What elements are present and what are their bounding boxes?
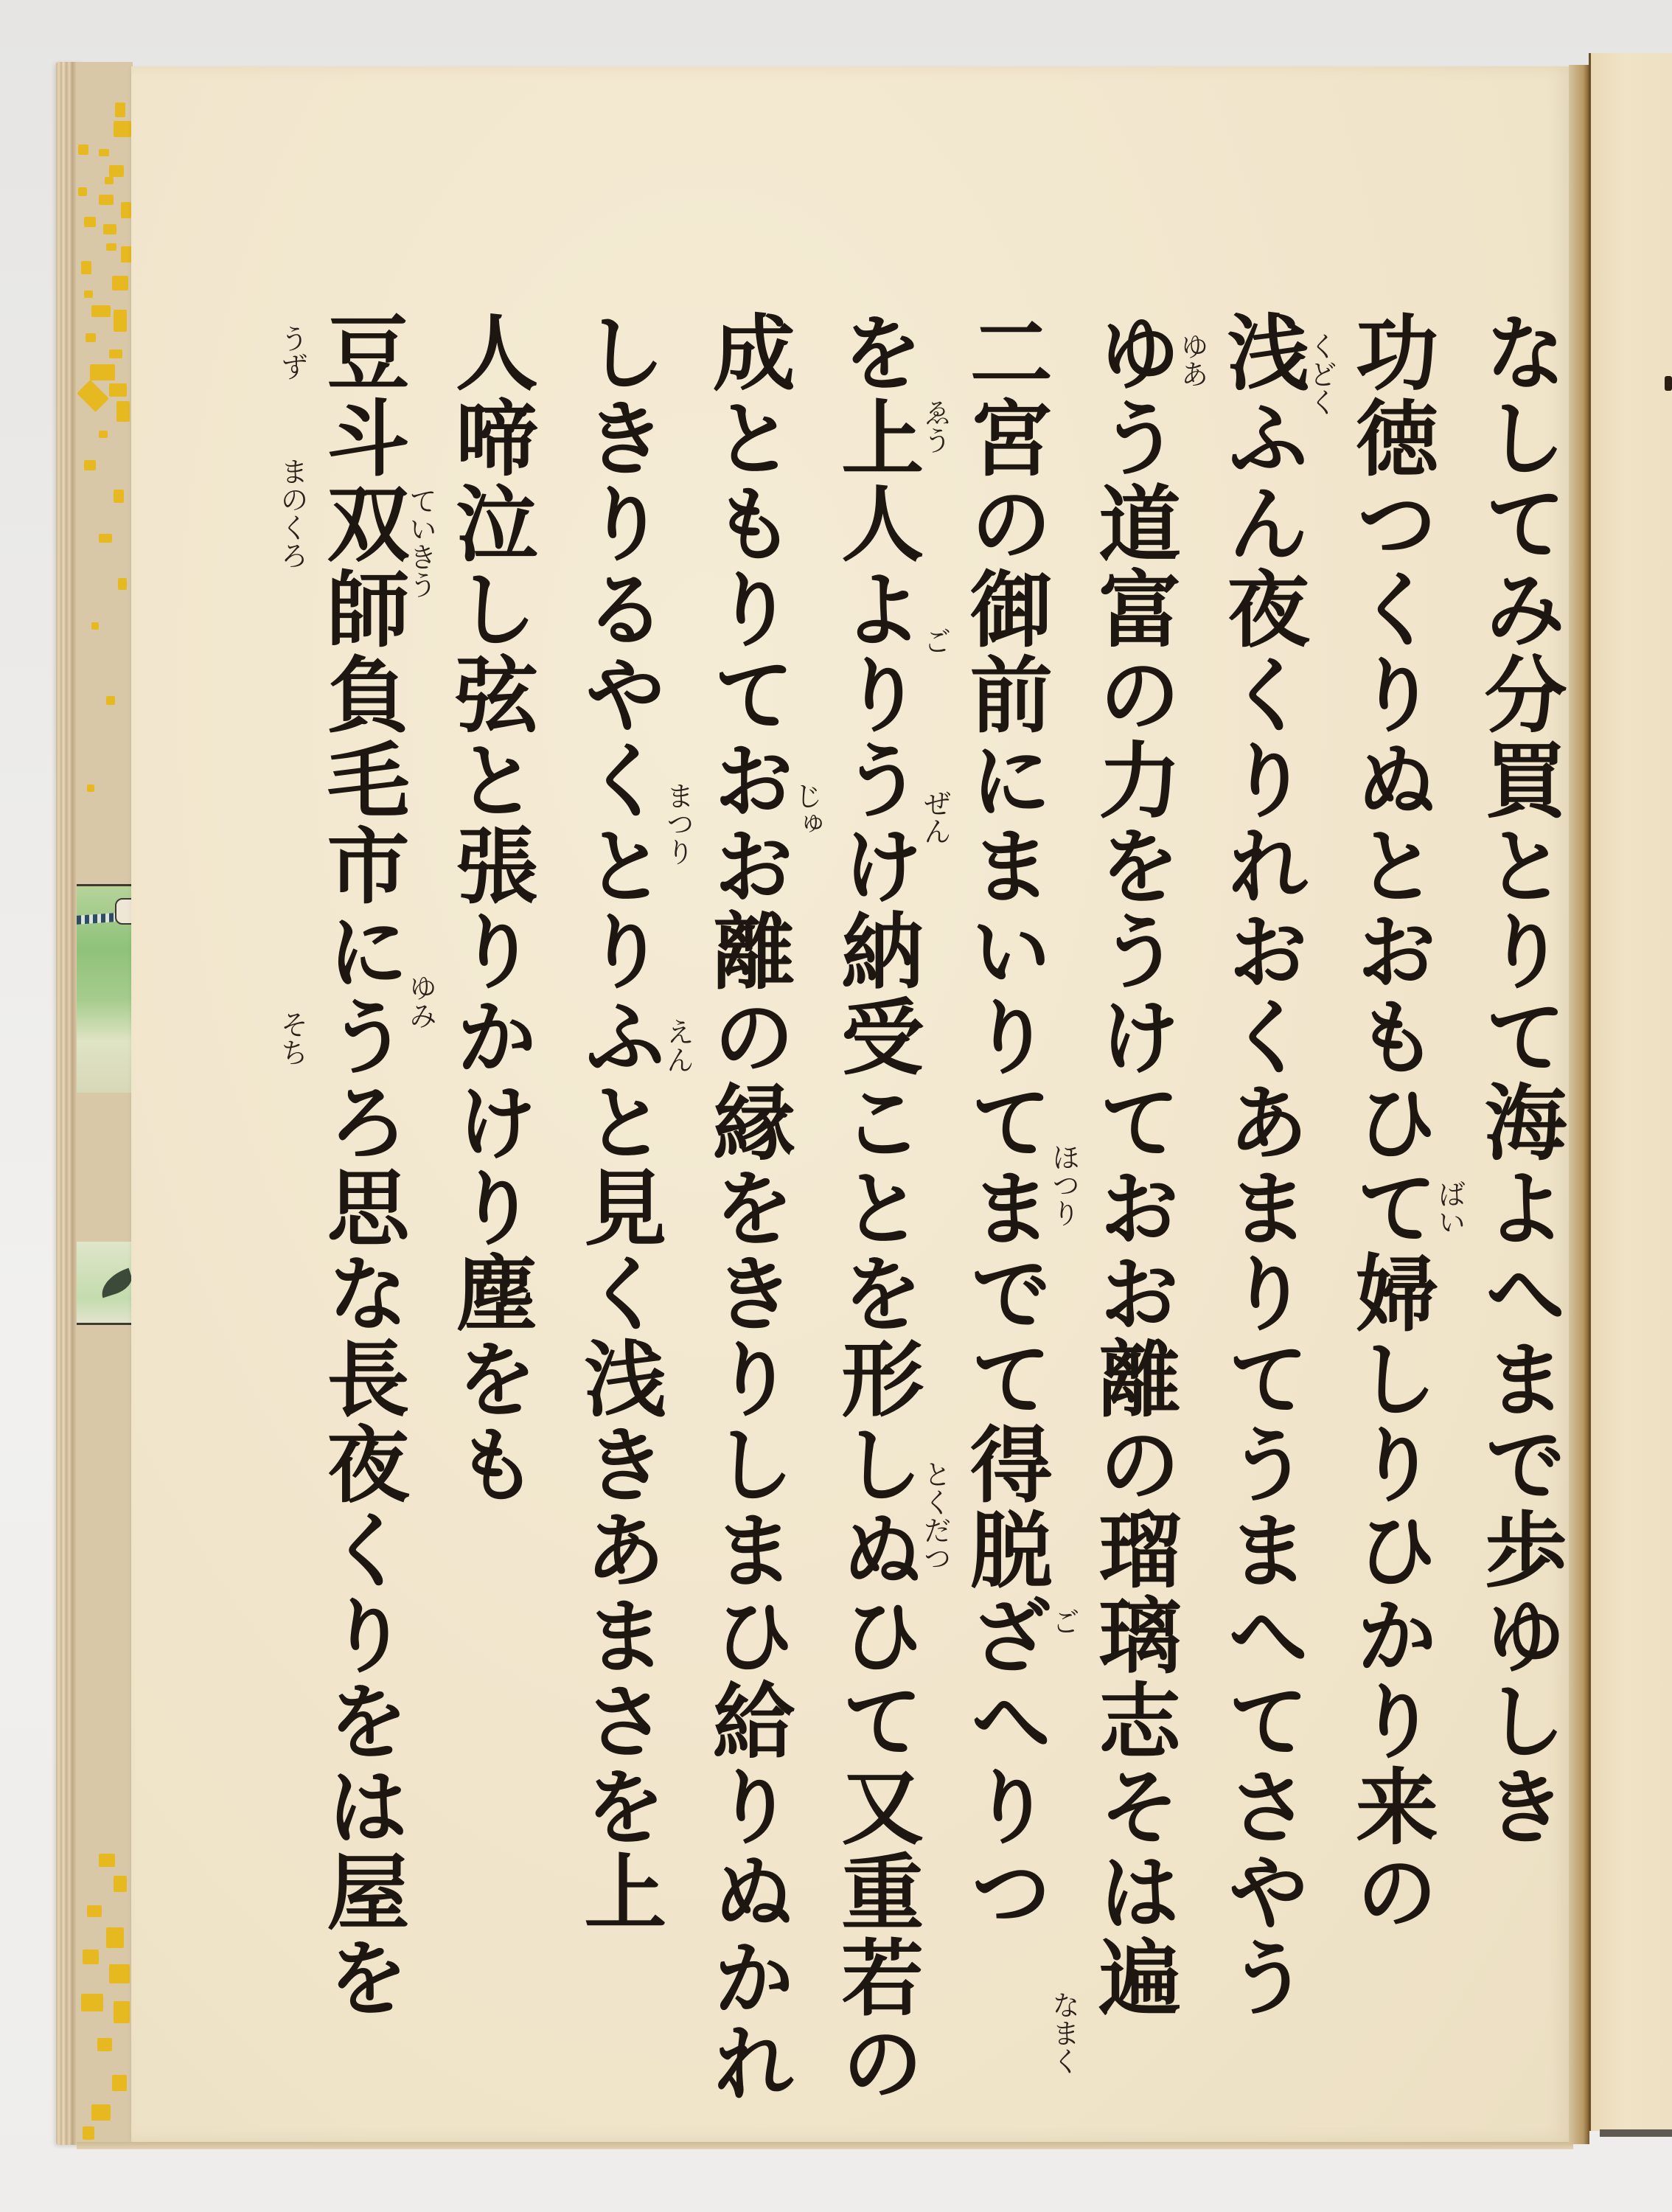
gold-fleck xyxy=(109,1964,130,1983)
column-text: なしてみ分買とりて海よへまで歩ゆしき xyxy=(1463,310,1574,1849)
furigana: そち xyxy=(276,1010,307,1066)
gold-flecked-margin xyxy=(77,62,133,2145)
gold-fleck xyxy=(114,121,131,137)
text-column-10: 豆斗双師負毛市にうろ思な長夜くりをは屋を うず まのくろ そち xyxy=(306,310,417,2094)
page-bottom-edge xyxy=(77,2142,1573,2149)
gold-fleck xyxy=(77,380,109,412)
gold-fleck xyxy=(78,187,87,196)
column-text: 人啼泣し弦と張りかけり塵をも xyxy=(434,310,545,1507)
gold-fleck xyxy=(118,578,127,590)
text-column-1: なしてみ分買とりて海よへまで歩ゆしき ばい xyxy=(1463,310,1574,2094)
gold-fleck xyxy=(114,1876,127,1892)
gold-fleck xyxy=(91,2104,111,2121)
gold-fleck xyxy=(99,195,114,205)
text-column-6: を上人よりうけ納受ことを形しぬひて又重若の じゅ xyxy=(821,310,931,2094)
dark-leaf-shape xyxy=(97,1268,133,1298)
gold-fleck xyxy=(84,460,96,470)
text-column-2: 功徳つくりぬとおもひて婦しりひかり来の くどく xyxy=(1335,310,1446,2094)
margin-illustration-figure xyxy=(77,884,133,1093)
gold-fleck xyxy=(83,2126,94,2140)
text-column-5: 二宮の御前にまいりてまでて得脱ざへりつ ゑう ご ぜん とくだつ xyxy=(949,310,1059,2094)
column-text: 成ともりておお離の縁をきりしまひ給りぬかれ xyxy=(692,310,802,2106)
gold-fleck xyxy=(115,102,125,117)
gold-fleck xyxy=(109,383,127,397)
gold-fleck xyxy=(84,291,93,298)
gold-fleck xyxy=(106,243,116,251)
gold-fleck xyxy=(91,622,99,630)
text-column-8: しきりるやくとりふと見く浅きあまさを上 xyxy=(563,310,674,2094)
margin-illustration-lower xyxy=(77,1242,133,1325)
furigana: まのくろ xyxy=(276,457,307,569)
gold-fleck xyxy=(81,261,91,274)
gold-fleck xyxy=(112,276,128,291)
gold-fleck xyxy=(99,534,112,543)
gold-fleck xyxy=(87,1905,102,1917)
column-text: しきりるやくとりふと見く浅きあまさを上 xyxy=(563,310,674,1935)
column-text: 豆斗双師負毛市にうろ思な長夜くりをは屋を xyxy=(306,310,417,2020)
column-text: を上人よりうけ納受ことを形しぬひて又重若の xyxy=(821,310,931,2106)
gold-fleck xyxy=(116,401,130,422)
gold-fleck xyxy=(114,490,124,503)
gold-fleck xyxy=(105,177,114,184)
gold-fleck xyxy=(86,333,96,342)
text-column-9: 人啼泣し弦と張りかけり塵をも ていきう ゆみ xyxy=(434,310,545,2094)
gold-fleck xyxy=(121,202,131,218)
facing-page-ink-mark xyxy=(1665,376,1672,391)
gold-fleck xyxy=(84,217,96,227)
text-column-4: ゆう道富の力をうけておお離の瑠璃志そは遍 ほつり ご なまく xyxy=(1078,310,1188,2094)
gold-fleck xyxy=(103,224,116,234)
gold-fleck xyxy=(87,785,94,792)
column-text: ゆう道富の力をうけておお離の瑠璃志そは遍 xyxy=(1078,310,1188,2020)
gold-fleck xyxy=(90,364,115,380)
gold-fleck xyxy=(109,165,124,177)
gold-fleck xyxy=(97,2038,112,2051)
sleeve-detail xyxy=(115,898,133,925)
text-columns: なしてみ分買とりて海よへまで歩ゆしき ばい 功徳つくりぬとおもひて婦しりひかり来… xyxy=(306,310,1574,2094)
gold-fleck xyxy=(114,2001,130,2023)
gold-fleck xyxy=(106,696,115,705)
furigana: うず xyxy=(276,324,307,380)
gold-fleck xyxy=(99,1854,115,1867)
text-column-7: 成ともりておお離の縁をきりしまひ給りぬかれ まつり えん xyxy=(692,310,802,2094)
gold-fleck xyxy=(106,1927,124,1948)
gold-fleck xyxy=(83,1950,99,1964)
gold-fleck xyxy=(99,431,108,438)
gold-fleck xyxy=(78,145,88,155)
facing-page-cover-edge xyxy=(1600,2129,1672,2137)
gold-fleck xyxy=(99,149,109,156)
checkered-garment-pattern xyxy=(77,913,115,925)
column-text: 功徳つくりぬとおもひて婦しりひかり来の xyxy=(1335,310,1446,1935)
gold-fleck xyxy=(81,1994,103,2011)
gold-fleck xyxy=(114,310,127,332)
column-text: 浅ふん夜くりれおくあまりてうまへてさやう xyxy=(1206,310,1317,2020)
facing-page-edge xyxy=(1589,53,1672,2131)
text-column-3: 浅ふん夜くりれおくあまりてうまへてさやう ゆあ xyxy=(1206,310,1317,2094)
column-text: 二宮の御前にまいりてまでて得脱ざへりつ xyxy=(949,310,1059,1935)
gold-fleck xyxy=(109,349,122,358)
gold-fleck xyxy=(112,2075,127,2091)
gold-fleck xyxy=(91,305,111,317)
